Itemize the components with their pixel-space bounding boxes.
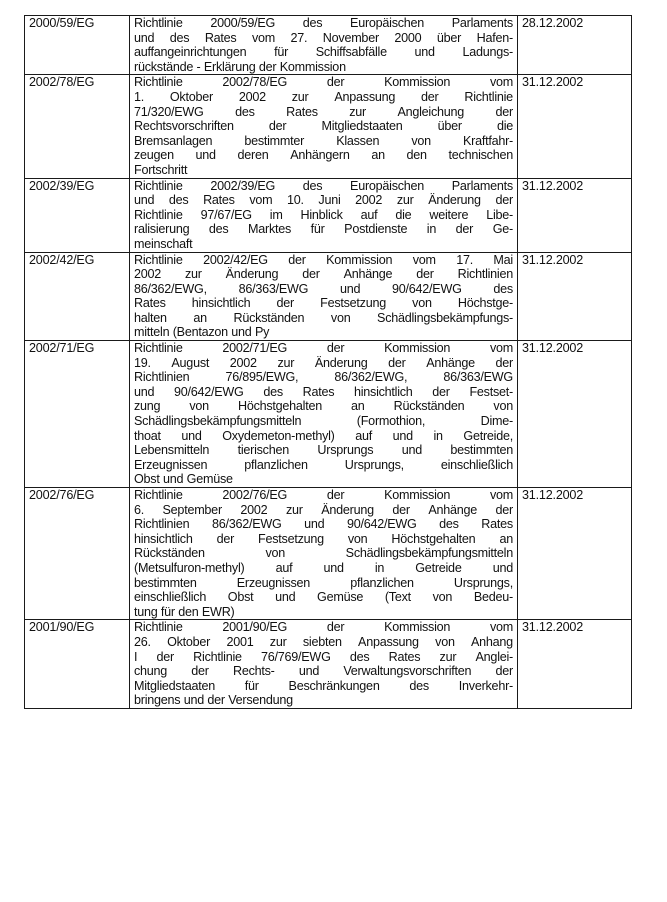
transposition-date: 31.12.2002 bbox=[518, 341, 632, 488]
description-line: (Metsulfuron-methyl)aufundinGetreideund bbox=[134, 561, 513, 576]
description-line: 6.September2002zurÄnderungderAnhängeder bbox=[134, 503, 513, 518]
directives-table: 2000/59/EG Richtlinie2000/59/EGdesEuropä… bbox=[24, 15, 632, 709]
description-line: Richtlinie2000/59/EGdesEuropäischenParla… bbox=[134, 16, 513, 31]
description-line: Richtlinie2002/39/EGdesEuropäischenParla… bbox=[134, 179, 513, 194]
transposition-date: 31.12.2002 bbox=[518, 252, 632, 341]
description-line: 71/320/EWGdesRateszurAngleichungder bbox=[134, 105, 513, 120]
directive-number: 2001/90/EG bbox=[25, 620, 130, 709]
description-line: auffangeinrichtungenfürSchiffsabfälleund… bbox=[134, 45, 513, 60]
transposition-date: 28.12.2002 bbox=[518, 16, 632, 75]
transposition-date: 31.12.2002 bbox=[518, 620, 632, 709]
description-line: zungvonHöchstgehaltenanRückständenvon bbox=[134, 399, 513, 414]
description-line: mitteln(BentazonundPy bbox=[134, 325, 513, 340]
description-line: BremsanlagenbestimmterKlassenvonKraftfah… bbox=[134, 134, 513, 149]
description-line: Richtlinie2001/90/EGderKommissionvom bbox=[134, 620, 513, 635]
description-line: Richtlinien86/362/EWGund90/642/EWGdesRat… bbox=[134, 517, 513, 532]
description-line: RateshinsichtlichderFestsetzungvonHöchst… bbox=[134, 296, 513, 311]
transposition-date: 31.12.2002 bbox=[518, 75, 632, 178]
description-line: unddesRatesvom10.Juni2002zurÄnderungder bbox=[134, 193, 513, 208]
transposition-date: 31.12.2002 bbox=[518, 488, 632, 620]
directive-description: Richtlinie2002/76/EGderKommissionvom6.Se… bbox=[130, 488, 518, 620]
description-line: 2002zurÄnderungderAnhängederRichtlinien bbox=[134, 267, 513, 282]
table-row: 2001/90/EG Richtlinie2001/90/EGderKommis… bbox=[25, 620, 632, 709]
directive-number: 2000/59/EG bbox=[25, 16, 130, 75]
description-line: RechtsvorschriftenderMitgliedstaatenüber… bbox=[134, 119, 513, 134]
directive-number: 2002/78/EG bbox=[25, 75, 130, 178]
directive-description: Richtlinie2000/59/EGdesEuropäischenParla… bbox=[130, 16, 518, 75]
directive-number: 2002/71/EG bbox=[25, 341, 130, 488]
description-line: zeugenundderenAnhängernandentechnischen bbox=[134, 148, 513, 163]
description-line: Richtlinie97/67/EGimHinblickaufdieweiter… bbox=[134, 208, 513, 223]
description-line: thoatundOxydemeton-methyl)aufundinGetrei… bbox=[134, 429, 513, 444]
directive-description: Richtlinie2001/90/EGderKommissionvom26.O… bbox=[130, 620, 518, 709]
directive-description: Richtlinie2002/71/EGderKommissionvom19.A… bbox=[130, 341, 518, 488]
description-line: hinsichtlichderFestsetzungvonHöchstgehal… bbox=[134, 532, 513, 547]
description-line: chungderRechts-undVerwaltungsvorschrifte… bbox=[134, 664, 513, 679]
description-line: rückstände-ErklärungderKommission bbox=[134, 60, 513, 75]
description-line: LebensmittelntierischenUrsprungsundbesti… bbox=[134, 443, 513, 458]
description-line: unddesRatesvom27.November2000überHafen- bbox=[134, 31, 513, 46]
description-line: Richtlinie2002/78/EGderKommissionvom bbox=[134, 75, 513, 90]
directive-number: 2002/42/EG bbox=[25, 252, 130, 341]
description-line: ErzeugnissenpflanzlichenUrsprungs,einsch… bbox=[134, 458, 513, 473]
transposition-date: 31.12.2002 bbox=[518, 178, 632, 252]
description-line: 19.August2002zurÄnderungderAnhängeder bbox=[134, 356, 513, 371]
description-line: einschließlichObstundGemüse(TextvonBedeu… bbox=[134, 590, 513, 605]
description-line: und90/642/EWGdesRateshinsichtlichderFest… bbox=[134, 385, 513, 400]
description-line: Richtlinie2002/71/EGderKommissionvom bbox=[134, 341, 513, 356]
description-line: 86/362/EWG,86/363/EWGund90/642/EWGdes bbox=[134, 282, 513, 297]
table-row: 2002/76/EG Richtlinie2002/76/EGderKommis… bbox=[25, 488, 632, 620]
description-line: tungfürdenEWR) bbox=[134, 605, 513, 620]
description-line: Schädlingsbekämpfungsmitteln(Formothion,… bbox=[134, 414, 513, 429]
description-line: haltenanRückständenvonSchädlingsbekämpfu… bbox=[134, 311, 513, 326]
directive-description: Richtlinie2002/78/EGderKommissionvom1.Ok… bbox=[130, 75, 518, 178]
table-row: 2002/78/EG Richtlinie2002/78/EGderKommis… bbox=[25, 75, 632, 178]
description-line: meinschaft bbox=[134, 237, 513, 252]
description-line: RückständenvonSchädlingsbekämpfungsmitte… bbox=[134, 546, 513, 561]
description-line: bestimmtenErzeugnissenpflanzlichenUrspru… bbox=[134, 576, 513, 591]
description-line: ralisierungdesMarktesfürPostdiensteinder… bbox=[134, 222, 513, 237]
description-line: IderRichtlinie76/769/EWGdesRateszurAngle… bbox=[134, 650, 513, 665]
description-line: 26.Oktober2001zursiebtenAnpassungvonAnha… bbox=[134, 635, 513, 650]
directive-description: Richtlinie2002/39/EGdesEuropäischenParla… bbox=[130, 178, 518, 252]
directive-number: 2002/76/EG bbox=[25, 488, 130, 620]
description-line: Richtlinien76/895/EWG,86/362/EWG,86/363/… bbox=[134, 370, 513, 385]
directive-description: Richtlinie2002/42/EGderKommissionvom17.M… bbox=[130, 252, 518, 341]
directives-table-body: 2000/59/EG Richtlinie2000/59/EGdesEuropä… bbox=[25, 16, 632, 709]
description-line: Fortschritt bbox=[134, 163, 513, 178]
description-line: bringensundderVersendung bbox=[134, 693, 513, 708]
description-line: MitgliedstaatenfürBeschränkungendesInver… bbox=[134, 679, 513, 694]
description-line: Richtlinie2002/42/EGderKommissionvom17.M… bbox=[134, 253, 513, 268]
description-line: Richtlinie2002/76/EGderKommissionvom bbox=[134, 488, 513, 503]
description-line: 1.Oktober2002zurAnpassungderRichtlinie bbox=[134, 90, 513, 105]
table-row: 2002/42/EG Richtlinie2002/42/EGderKommis… bbox=[25, 252, 632, 341]
table-row: 2002/71/EG Richtlinie2002/71/EGderKommis… bbox=[25, 341, 632, 488]
table-row: 2000/59/EG Richtlinie2000/59/EGdesEuropä… bbox=[25, 16, 632, 75]
description-line: ObstundGemüse bbox=[134, 472, 513, 487]
table-row: 2002/39/EG Richtlinie2002/39/EGdesEuropä… bbox=[25, 178, 632, 252]
directive-number: 2002/39/EG bbox=[25, 178, 130, 252]
